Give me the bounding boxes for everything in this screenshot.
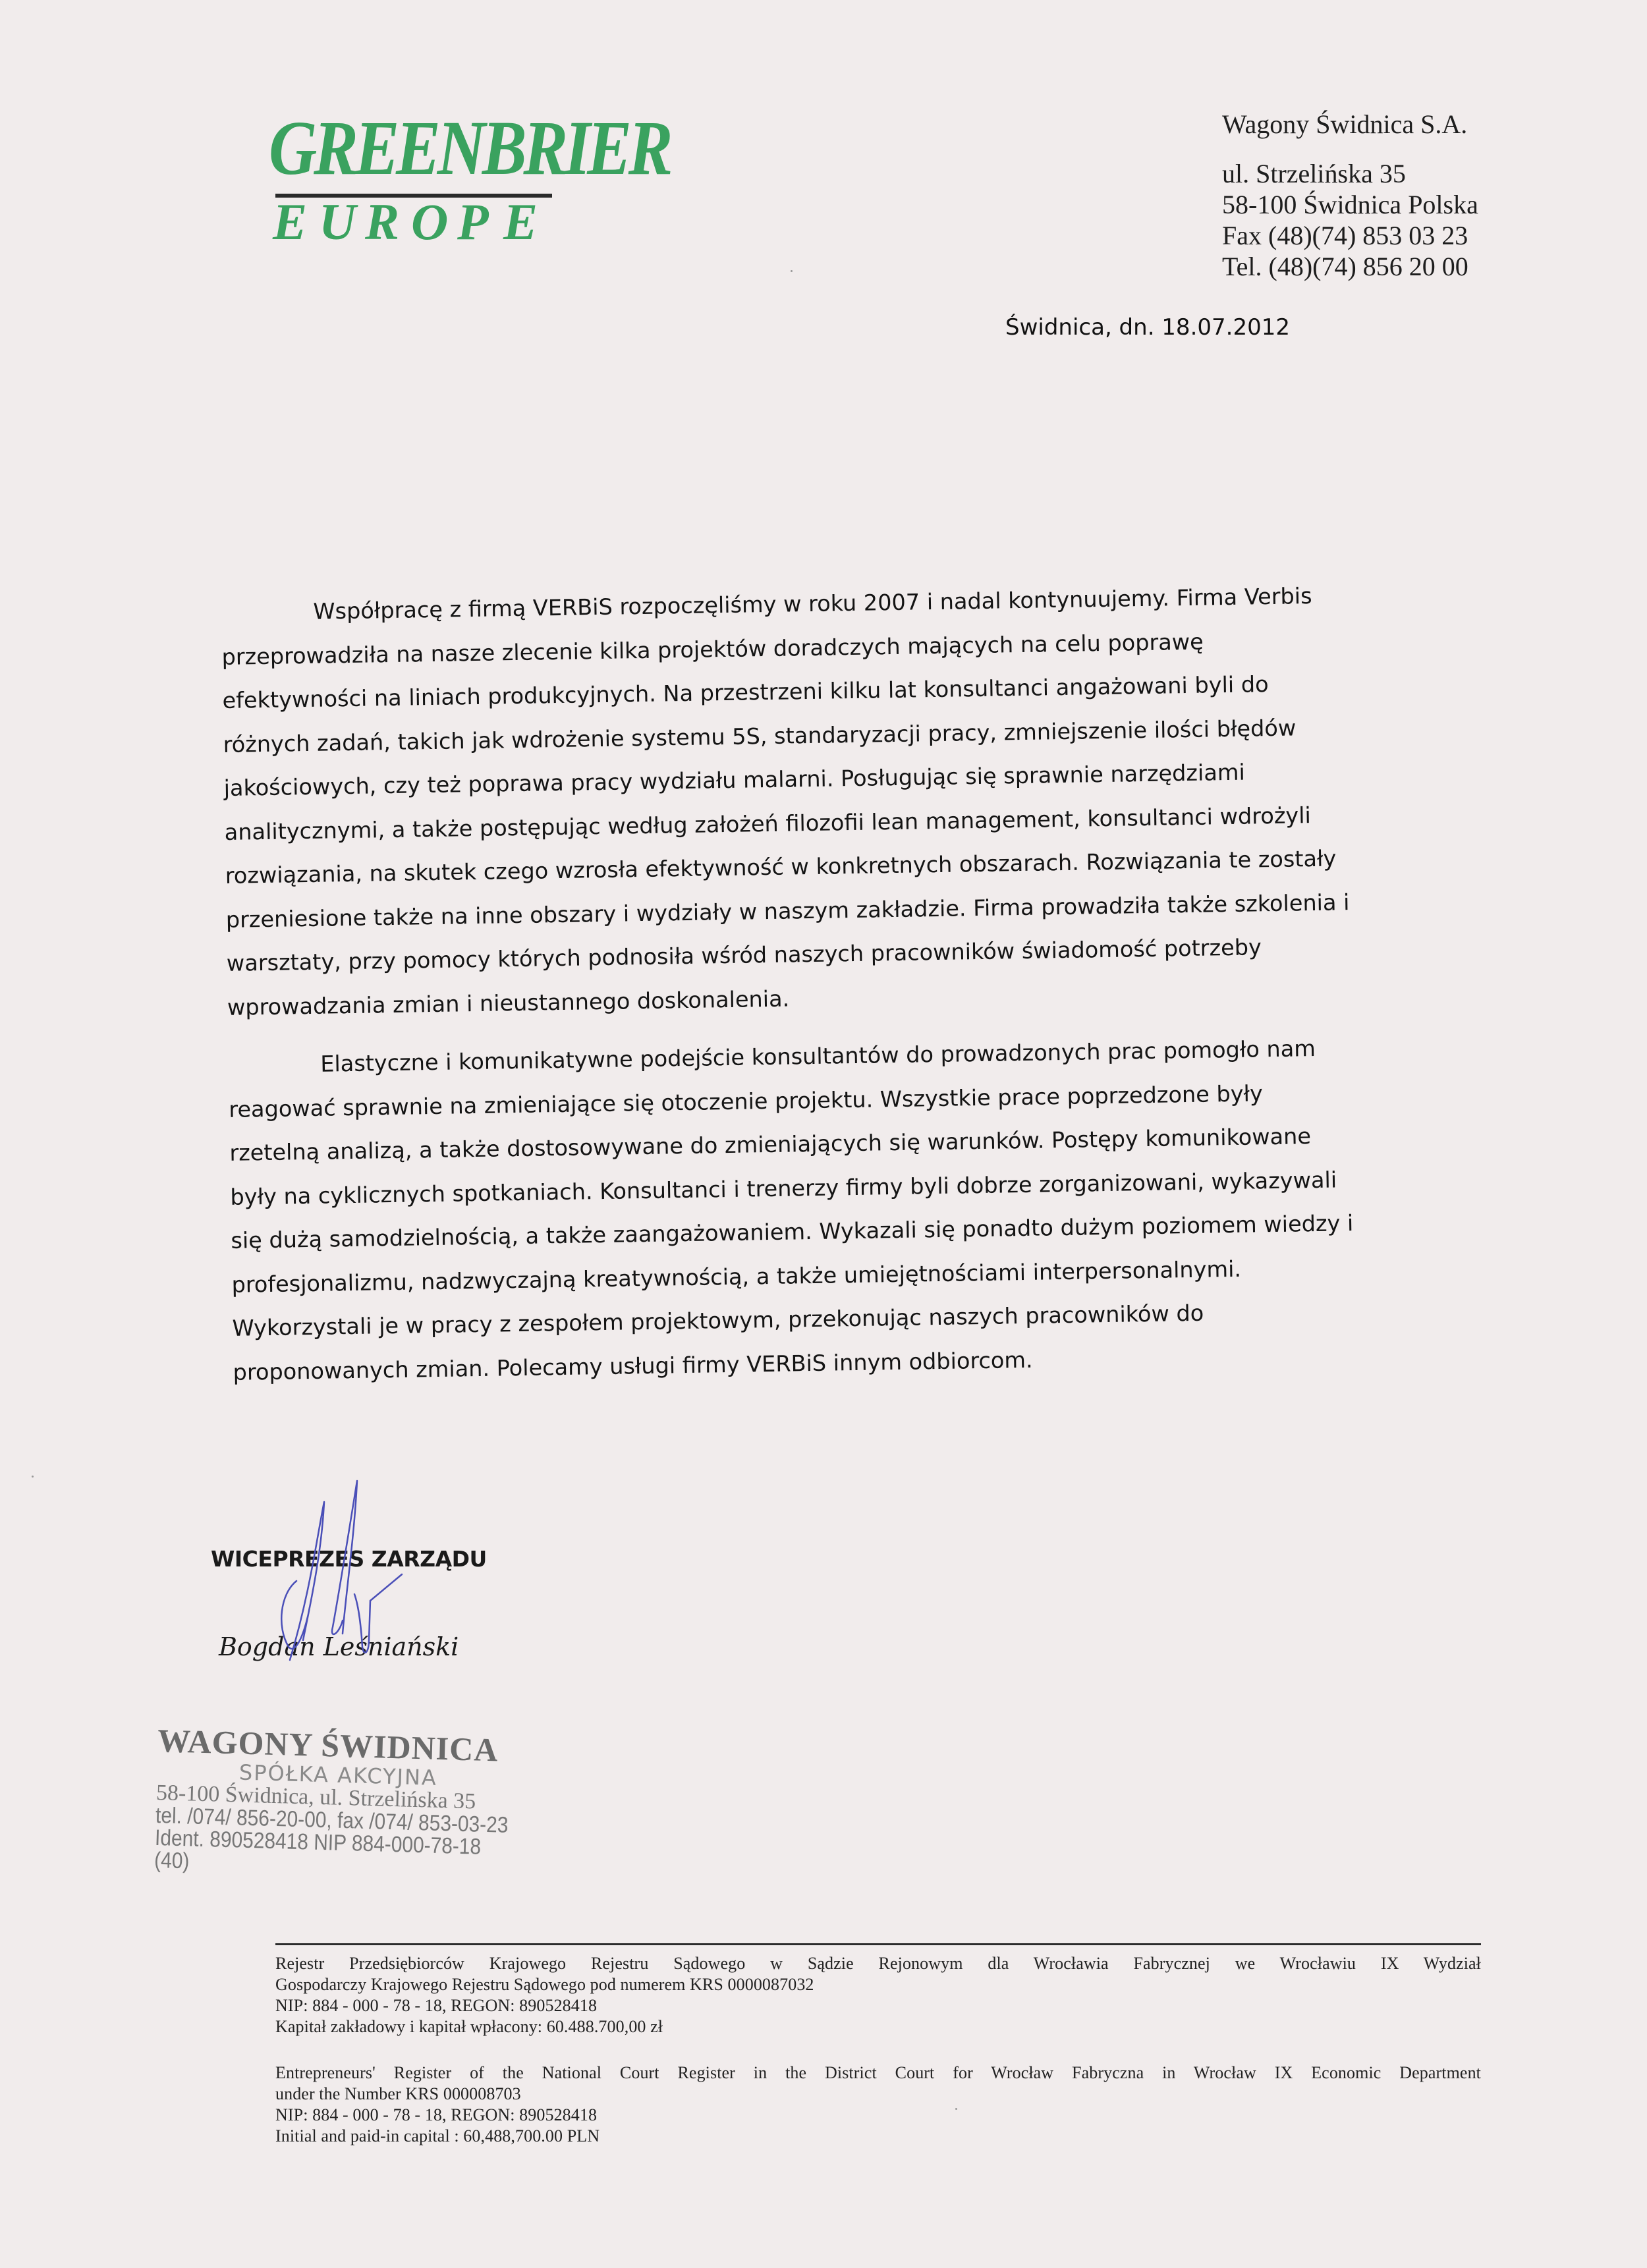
- footer-english: Entrepreneurs' Register of the National …: [275, 2062, 1481, 2147]
- footer-divider: [275, 1943, 1481, 1945]
- paragraph-1: Współpracę z firmą VERBiS rozpoczęliśmy …: [221, 572, 1453, 1030]
- letter-page: GREENBRIER EUROPE Wagony Świdnica S.A. u…: [0, 0, 1647, 2268]
- street: ul. Strzelińska 35: [1222, 158, 1478, 189]
- fax: Fax (48)(74) 853 03 23: [1222, 220, 1478, 251]
- letter-body: Współpracę z firmą VERBiS rozpoczęliśmy …: [221, 572, 1459, 1395]
- footer-line: under the Number KRS 000008703: [275, 2084, 1481, 2105]
- logo-letter: R: [365, 196, 411, 248]
- signature-block: WICEPREZES ZARZĄDU Bogdan Leśniański: [211, 1469, 606, 1693]
- footer-line: Kapitał zakładowy i kapitał wpłacony: 60…: [275, 2016, 1481, 2037]
- scan-speck: [955, 2108, 957, 2110]
- company-name: Wagony Świdnica S.A.: [1222, 109, 1478, 140]
- letter-date: Świdnica, dn. 18.07.2012: [1005, 314, 1290, 341]
- greenbrier-europe-logo: GREENBRIER EUROPE: [269, 115, 730, 181]
- logo-wordmark: GREENBRIER: [269, 115, 665, 181]
- scan-speck: [791, 270, 793, 272]
- footer-line: Entrepreneurs' Register of the National …: [275, 2062, 1481, 2084]
- paragraph-2: Elastyczne i komunikatywne podejście kon…: [228, 1025, 1459, 1395]
- sender-address: Wagony Świdnica S.A. ul. Strzelińska 35 …: [1222, 109, 1478, 282]
- company-stamp: WAGONY ŚWIDNICA SPÓŁKA AKCYJNA 58-100 Św…: [154, 1723, 606, 1884]
- logo-subtitle: EUROPE: [273, 196, 549, 248]
- footer-line: Gospodarczy Krajowego Rejestru Sądowego …: [275, 1974, 1481, 1995]
- logo-letter: P: [457, 196, 503, 248]
- legal-footer: Rejestr Przedsiębiorców Krajowego Rejest…: [275, 1943, 1481, 2147]
- footer-line: Initial and paid-in capital : 60,488,700…: [275, 2126, 1481, 2147]
- city: 58-100 Świdnica Polska: [1222, 189, 1478, 220]
- footer-line: NIP: 884 - 000 - 78 - 18, REGON: 8905284…: [275, 1995, 1481, 2016]
- logo-letter: E: [273, 196, 319, 248]
- footer-polish: Rejestr Przedsiębiorców Krajowego Rejest…: [275, 1953, 1481, 2037]
- logo-letter: E: [503, 196, 549, 248]
- logo-letter: U: [319, 196, 365, 248]
- handwritten-signature-icon: [211, 1469, 606, 1693]
- scan-speck: [32, 1476, 34, 1478]
- tel: Tel. (48)(74) 856 20 00: [1222, 251, 1478, 282]
- footer-line: Rejestr Przedsiębiorców Krajowego Rejest…: [275, 1953, 1481, 1974]
- footer-line: NIP: 884 - 000 - 78 - 18, REGON: 8905284…: [275, 2105, 1481, 2126]
- logo-letter: O: [411, 196, 457, 248]
